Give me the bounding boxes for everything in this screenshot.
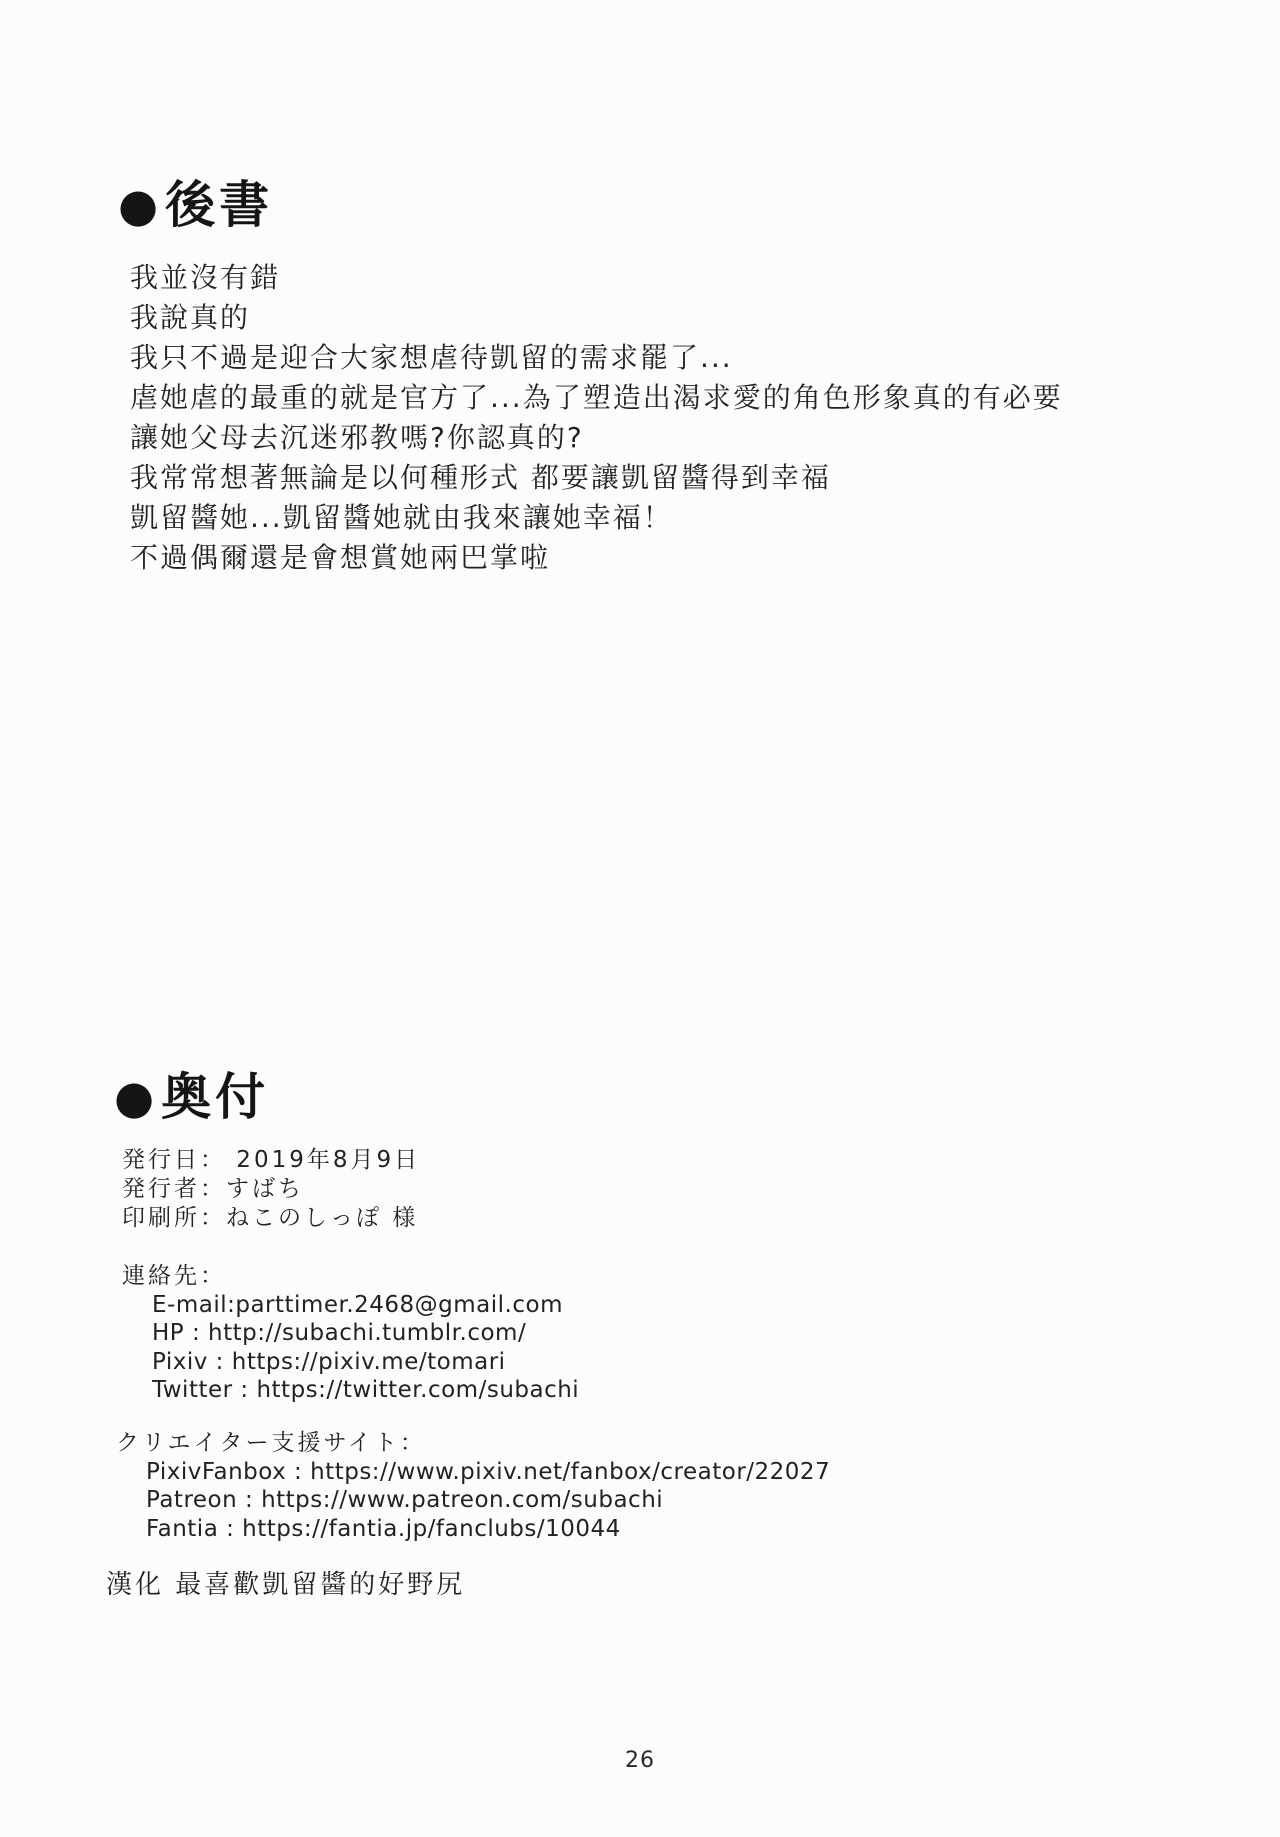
support-pixiv-fanbox-url: PixivFanbox : https://www.pixiv.net/fanb… <box>116 1458 830 1487</box>
afterword-line: 我並沒有錯 <box>130 258 1130 298</box>
contact-hp-url: HP : http://subachi.tumblr.com/ <box>122 1319 579 1348</box>
afterword-line: 我常常想著無論是以何種形式 都要讓凱留醬得到幸福 <box>130 458 1130 498</box>
creator-support-info: クリエイター支援サイト： PixivFanbox : https://www.p… <box>116 1429 830 1543</box>
afterword-line: 凱留醬她...凱留醬她就由我來讓她幸福！ <box>130 498 1130 538</box>
afterword-line: 讓她父母去沉迷邪教嗎?你認真的? <box>130 418 1130 458</box>
colophon-heading-text: 奥付 <box>161 1072 269 1122</box>
contact-pixiv-url: Pixiv : https://pixiv.me/tomari <box>122 1348 579 1377</box>
contact-label: 連絡先： <box>122 1262 579 1291</box>
contact-email: E-mail:parttimer.2468@gmail.com <box>122 1291 579 1320</box>
afterword-heading: ● 後書 <box>118 180 273 230</box>
document-page: ● 後書 我並沒有錯 我說真的 我只不過是迎合大家想虐待凱留的需求罷了... 虐… <box>0 0 1280 1837</box>
contact-twitter-url: Twitter : https://twitter.com/subachi <box>122 1376 579 1405</box>
afterword-line: 虐她虐的最重的就是官方了...為了塑造出渴求愛的角色形象真的有必要 <box>130 378 1130 418</box>
section-bullet-icon: ● <box>114 1074 158 1120</box>
translation-credit: 漢化 最喜歡凱留醬的好野尻 <box>106 1564 465 1601</box>
afterword-body: 我並沒有錯 我說真的 我只不過是迎合大家想虐待凱留的需求罷了... 虐她虐的最重… <box>130 258 1130 578</box>
support-label: クリエイター支援サイト： <box>116 1429 830 1458</box>
support-patreon-url: Patreon : https://www.patreon.com/subach… <box>116 1486 830 1515</box>
publication-info: 発行日： 2019年8月9日 発行者：すばち 印刷所：ねこのしっぽ 様 <box>122 1146 420 1233</box>
page-number: 26 <box>0 1748 1280 1773</box>
afterword-line: 不過偶爾還是會想賞她兩巴掌啦 <box>130 538 1130 578</box>
section-bullet-icon: ● <box>118 182 162 228</box>
contact-info: 連絡先： E-mail:parttimer.2468@gmail.com HP … <box>122 1262 579 1405</box>
afterword-line: 我說真的 <box>130 298 1130 338</box>
support-fantia-url: Fantia : https://fantia.jp/fanclubs/1004… <box>116 1515 830 1544</box>
issue-date: 発行日： 2019年8月9日 <box>122 1146 420 1175</box>
afterword-heading-text: 後書 <box>165 180 273 230</box>
printer: 印刷所：ねこのしっぽ 様 <box>122 1204 420 1233</box>
afterword-line: 我只不過是迎合大家想虐待凱留的需求罷了... <box>130 338 1130 378</box>
publisher: 発行者：すばち <box>122 1175 420 1204</box>
colophon-heading: ● 奥付 <box>114 1072 269 1122</box>
